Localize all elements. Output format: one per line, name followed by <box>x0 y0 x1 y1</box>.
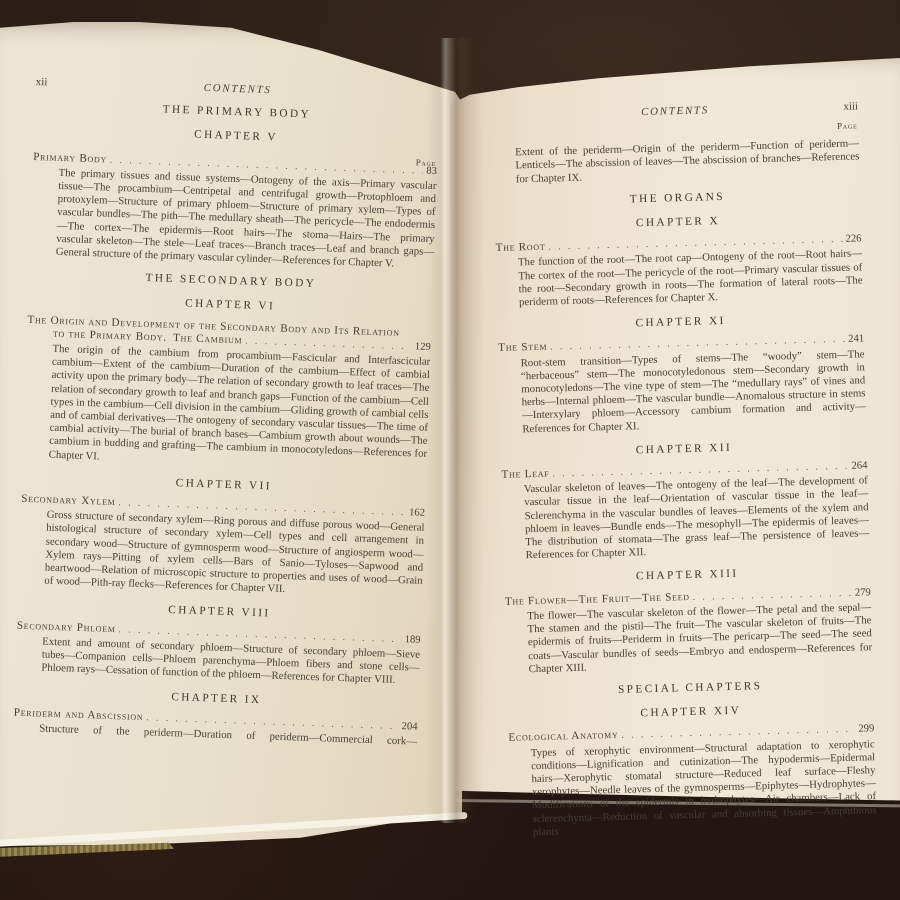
entry-title: Secondary Phloem <box>17 619 116 636</box>
chapter-heading-xiv: CHAPTER XIV <box>508 701 874 724</box>
entry-title: Primary Body <box>33 151 107 167</box>
right-page-content: CONTENTS xiii Page Extent of the perider… <box>492 100 877 847</box>
entry-page-number: 299 <box>858 723 874 737</box>
toc-entry-flower-fruit-seed: The Flower—The Fruit—The Seed . . . . . … <box>505 586 873 677</box>
entry-page-number: 241 <box>848 333 864 347</box>
entry-summary: Root-stem transition—Types of stems—The … <box>520 348 866 436</box>
left-page-content: xii CONTENTS THE PRIMARY BODY CHAPTER V … <box>13 76 440 757</box>
entry-page-number: 264 <box>851 459 867 473</box>
entry-page-number: 204 <box>401 720 417 734</box>
entry-page-number: 83 <box>426 164 437 178</box>
entry-title: The Stem <box>498 341 547 355</box>
toc-entry-secondary-xylem: Secondary Xylem . . . . . . . . . . . . … <box>18 493 425 601</box>
entry-summary: The origin of the cambium from procambiu… <box>49 343 431 475</box>
entry-summary: Vascular skeleton of leaves—The ontogeny… <box>524 475 870 563</box>
chapter-heading-x: CHAPTER X <box>495 211 861 234</box>
toc-entry-primary-body: Primary Body . . . . . . . . . . . . . .… <box>30 151 438 273</box>
continued-summary-chapter-ix: Extent of the periderm—Origin of the per… <box>515 138 860 187</box>
entry-page-number: 226 <box>845 233 861 247</box>
part-heading-the-organs: THE ORGANS <box>494 187 860 210</box>
right-running-head: CONTENTS <box>641 104 709 119</box>
toc-entry-the-root: The Root . . . . . . . . . . . . . . . .… <box>495 233 863 311</box>
right-folio: xiii <box>709 100 858 117</box>
chapter-heading-xiii: CHAPTER XIII <box>504 565 870 588</box>
toc-entry-the-leaf: The Leaf . . . . . . . . . . . . . . . .… <box>501 459 869 563</box>
entry-summary: The flower—The vascular skeleton of the … <box>527 601 873 676</box>
entry-page-number: 189 <box>404 633 420 647</box>
entry-page-number: 279 <box>855 586 871 600</box>
entry-summary: Gross structure of secondary xylem—Ring … <box>44 509 425 601</box>
entry-page-number: 129 <box>415 340 431 354</box>
toc-entry-secondary-phloem: Secondary Phloem . . . . . . . . . . . .… <box>15 619 421 688</box>
entry-title: Ecological Anatomy <box>508 729 618 745</box>
toc-entry-ecological-anatomy: Ecological Anatomy . . . . . . . . . . .… <box>508 723 877 840</box>
entry-summary: The function of the root—The root cap—On… <box>518 248 863 310</box>
toc-entry-cambium: The Origin and Development of the Second… <box>23 313 432 474</box>
entry-title: The Leaf <box>501 468 549 482</box>
page-column-label: Page <box>493 122 858 141</box>
spacer <box>492 115 641 119</box>
book-photo: xii CONTENTS THE PRIMARY BODY CHAPTER V … <box>0 0 900 900</box>
entry-title: Periderm and Abscission <box>14 706 144 724</box>
chapter-heading-xi: CHAPTER XI <box>498 312 864 335</box>
toc-entry-periderm: Periderm and Abscission . . . . . . . . … <box>13 706 418 748</box>
part-heading-primary-body: THE PRIMARY BODY <box>35 99 439 126</box>
entry-title: The Root <box>495 241 545 256</box>
part-heading-secondary-body: THE SECONDARY BODY <box>29 268 433 295</box>
entry-title: Secondary Xylem <box>21 493 116 509</box>
left-running-head: CONTENTS <box>204 82 272 98</box>
toc-entry-the-stem: The Stem . . . . . . . . . . . . . . . .… <box>498 333 866 437</box>
entry-summary: The primary tissues and tissue systems—O… <box>56 167 437 273</box>
entry-page-number: 162 <box>409 506 425 520</box>
spacer <box>271 93 439 99</box>
chapter-heading-xii: CHAPTER XII <box>501 438 867 461</box>
entry-summary: Types of xerophytic environment—Structur… <box>531 738 877 839</box>
part-heading-special-chapters: SPECIAL CHAPTERS <box>507 677 873 700</box>
